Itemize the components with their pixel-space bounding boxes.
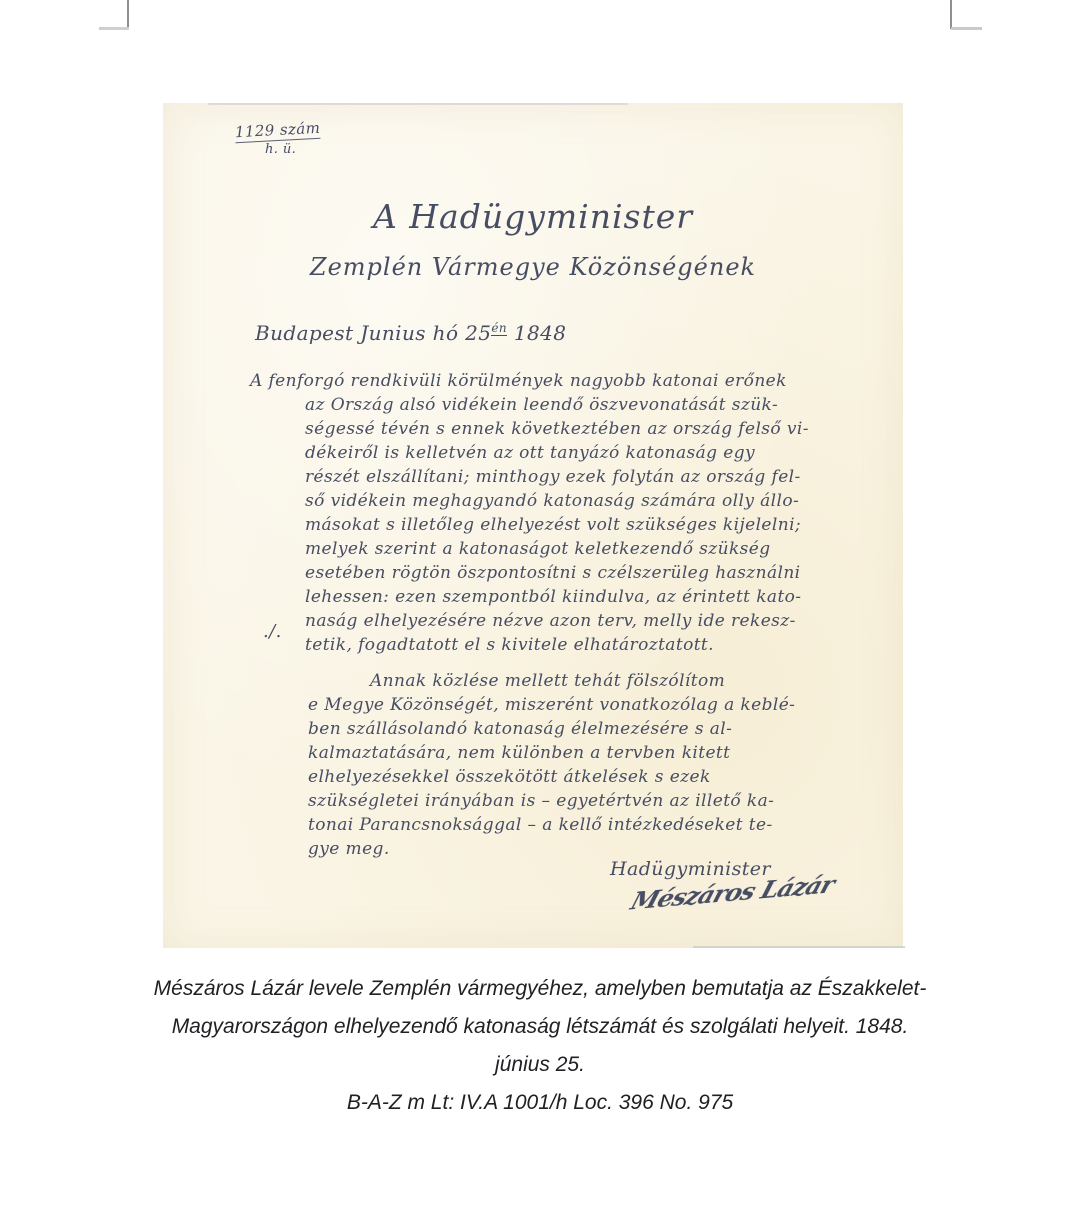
registry-sub-line: h. ü. — [265, 141, 320, 159]
handwritten-line: melyek szerint a katonaságot keletkezend… — [305, 537, 809, 561]
handwritten-line: az Ország alsó vidékein leendő öszvevona… — [305, 393, 809, 417]
handwritten-line: tetik, fogadtatott el s kivitele elhatár… — [305, 633, 809, 657]
handwritten-line: szükségletei irányában is – egyetértvén … — [308, 789, 795, 813]
scan-bottom-edge-artifact — [693, 946, 905, 948]
handwritten-line: ben szállásolandó katonaság élelmezésére… — [308, 717, 795, 741]
caption-line: Mészáros Lázár levele Zemplén vármegyéhe… — [0, 970, 1080, 1008]
registry-number-line: 1129 szám — [235, 119, 321, 143]
handwritten-line: A fenforgó rendkivüli körülmények nagyob… — [250, 369, 809, 393]
handwritten-line: esetében rögtön öszpontosítni s czélszer… — [305, 561, 809, 585]
handwritten-line: kalmaztatására, nem különben a tervben k… — [308, 741, 795, 765]
handwritten-line: lehessen: ezen szempontból kiindulva, az… — [305, 585, 809, 609]
handwritten-line: ségessé tévén s ennek következtében az o… — [305, 417, 809, 441]
handwritten-line: elhelyezésekkel összekötött átkelések s … — [308, 765, 795, 789]
crop-mark-top-left-vertical — [127, 0, 129, 29]
dateline-day-suffix: én — [491, 321, 507, 336]
archival-reference: B-A-Z m Lt: IV.A 1001/h Loc. 396 No. 975 — [0, 1084, 1080, 1122]
letter-body-paragraph-1: A fenforgó rendkivüli körülmények nagyob… — [250, 369, 809, 657]
handwritten-line: Annak közlése mellett tehát fölszólítom — [370, 669, 795, 693]
crop-mark-top-right-horizontal — [951, 27, 982, 30]
letter-title: A Hadügyminister — [163, 197, 903, 236]
attachment-mark: ./. — [263, 621, 282, 642]
scan-top-edge-artifact — [208, 103, 628, 105]
handwritten-line: dékeiről is kelletvén az ott tanyázó kat… — [305, 441, 809, 465]
caption-line: június 25. — [0, 1046, 1080, 1084]
letter-addressee: Zemplén Vármegye Közönségének — [163, 253, 903, 281]
handwritten-line: részét elszállítani; minthogy ezek folyt… — [305, 465, 809, 489]
letter-body-paragraph-2: Annak közlése mellett tehát fölszólítome… — [308, 669, 795, 861]
dateline-year: 1848 — [514, 321, 567, 345]
caption-line: Magyarországon elhelyezendő katonaság lé… — [0, 1008, 1080, 1046]
letter-dateline: Budapest Junius hó 25én 1848 — [255, 321, 566, 345]
handwritten-line: e Megye Közönségét, miszerént vonatkozól… — [308, 693, 795, 717]
handwritten-line: naság elhelyezésére nézve azon terv, mel… — [305, 609, 809, 633]
handwritten-line: ső vidékein meghagyandó katonaság számár… — [305, 489, 809, 513]
registry-number: 1129 szám h. ü. — [235, 121, 320, 159]
caption-text: Mészáros Lázár levele Zemplén vármegyéhe… — [0, 970, 1080, 1084]
caption: Mészáros Lázár levele Zemplén vármegyéhe… — [0, 970, 1080, 1122]
dateline-place-month: Budapest Junius hó 25 — [255, 321, 491, 345]
scanned-letter-image: 1129 szám h. ü. A Hadügyminister Zemplén… — [163, 103, 903, 948]
handwritten-line: másokat s illetőleg elhelyezést volt szü… — [305, 513, 809, 537]
crop-mark-top-right-vertical — [950, 0, 952, 29]
crop-mark-top-left-horizontal — [99, 27, 129, 30]
handwritten-line: tonai Parancsnoksággal – a kellő intézke… — [308, 813, 795, 837]
